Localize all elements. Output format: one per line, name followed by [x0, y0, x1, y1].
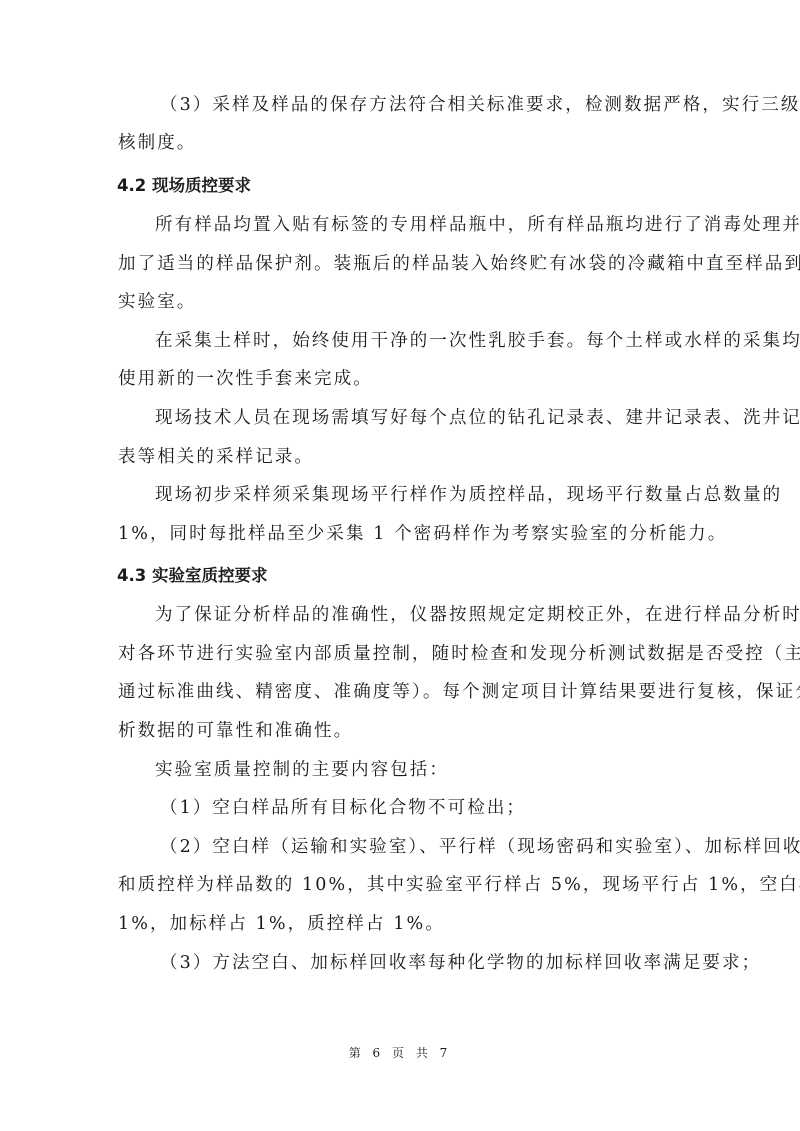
paragraph-line: 加了适当的样品保护剂。装瓶后的样品装入始终贮有冰袋的冷藏箱中直至样品到达: [118, 253, 800, 275]
paragraph-line: 析数据的可靠性和准确性。: [118, 720, 353, 742]
list-item-3-line-2: 核制度。: [118, 132, 196, 154]
document-page: （3）采样及样品的保存方法符合相关标准要求，检测数据严格，实行三级 审 核制度。…: [0, 0, 800, 1131]
paragraph-line: 在采集土样时，始终使用干净的一次性乳胶手套。每个土样或水样的采集均需: [155, 330, 800, 352]
paragraph-line: 对各环节进行实验室内部质量控制，随时检查和发现分析测试数据是否受控（主要: [118, 643, 800, 665]
paragraph-line: 现场初步采样须采集现场平行样作为质控样品，现场平行数量占总数量的: [155, 484, 782, 506]
list-item-2-line-3: 1%，加标样占 1%，质控样占 1%。: [118, 913, 445, 935]
list-item-2-line-2: 和质控样为样品数的 10%，其中实验室平行样占 5%，现场平行占 1%，空白样占: [118, 874, 800, 896]
paragraph-line: 所有样品均置入贴有标签的专用样品瓶中，所有样品瓶均进行了消毒处理并添: [155, 214, 800, 236]
paragraph-line: 通过标准曲线、精密度、准确度等）。每个测定项目计算结果要进行复核，保证分: [118, 681, 800, 703]
paragraph-line: 实验室质量控制的主要内容包括：: [155, 759, 449, 781]
paragraph-line: 现场技术人员在现场需填写好每个点位的钻孔记录表、建井记录表、洗井记录: [155, 407, 800, 429]
paragraph-line: 为了保证分析样品的准确性，仪器按照规定定期校正外，在进行样品分析时还: [155, 604, 800, 626]
page-number-footer: 第 6 页 共 7: [0, 1044, 800, 1061]
list-item-3: （3）方法空白、加标样回收率每种化学物的加标样回收率满足要求；: [160, 952, 761, 974]
section-heading-4-2: 4.2 现场质控要求: [117, 175, 251, 197]
paragraph-line: 使用新的一次性手套来完成。: [118, 368, 373, 390]
section-heading-4-3: 4.3 实验室质控要求: [117, 565, 267, 587]
list-item-1: （1）空白样品所有目标化合物不可检出；: [160, 797, 526, 819]
paragraph-line: 1%，同时每批样品至少采集 1 个密码样作为考察实验室的分析能力。: [118, 523, 727, 545]
list-item-3-line-1: （3）采样及样品的保存方法符合相关标准要求，检测数据严格，实行三级 审: [160, 94, 800, 116]
list-item-2-line-1: （2）空白样（运输和实验室）、平行样（现场密码和实验室）、加标样回收率: [160, 836, 800, 858]
paragraph-line: 表等相关的采样记录。: [118, 446, 314, 468]
paragraph-line: 实验室。: [118, 291, 196, 313]
